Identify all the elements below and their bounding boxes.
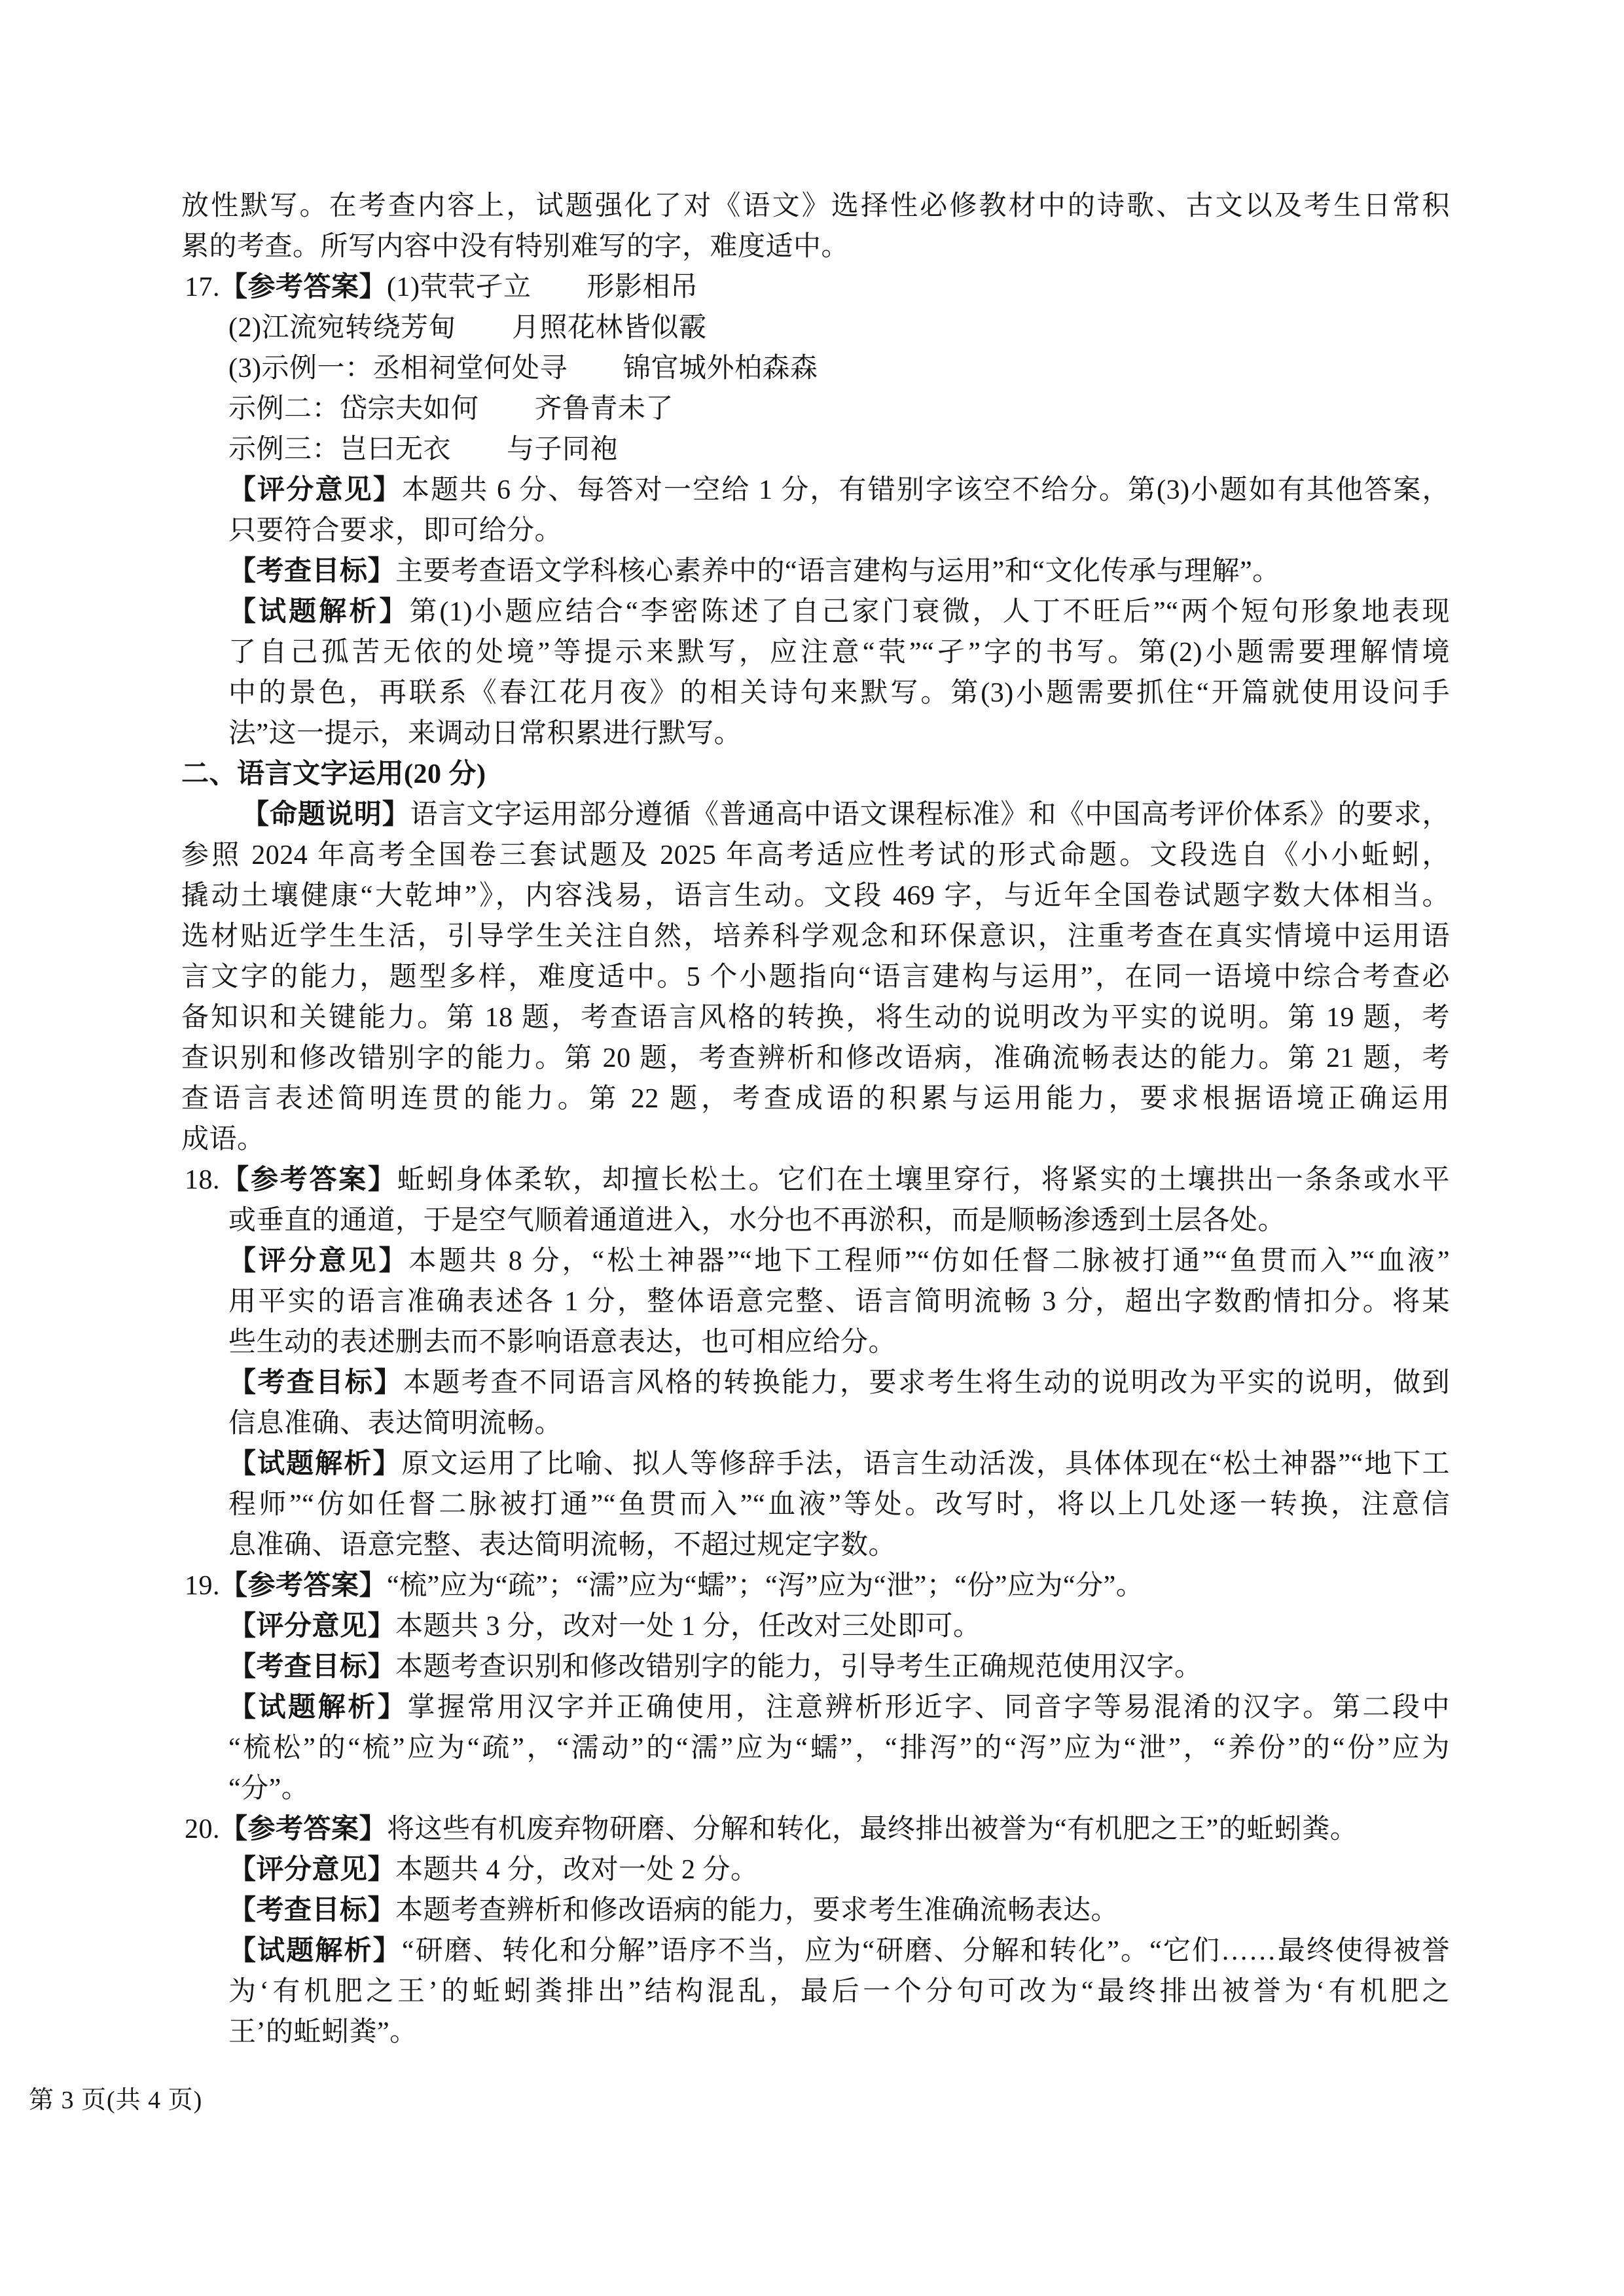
text-line: “梳松”的“梳”应为“疏”，“濡动”的“濡”应为“蠕”，“排泻”的“泻”应为“泄… <box>181 1728 1450 1768</box>
text-line: 19.【参考答案】“梳”应为“疏”；“濡”应为“蠕”；“泻”应为“泄”；“份”应… <box>181 1566 1450 1606</box>
text-line: 言文字的能力，题型多样，难度适中。5 个小题指向“语言建构与运用”，在同一语境中… <box>181 957 1450 997</box>
text-line: 18.【参考答案】蚯蚓身体柔软，却擅长松土。它们在土壤里穿行，将紧实的土壤拱出一… <box>181 1160 1450 1200</box>
text-line: 选材贴近学生生活，引导学生关注自然，培养科学观念和环保意识，注重考查在真实情境中… <box>181 916 1450 957</box>
text-line: (2)江流宛转绕芳甸 月照花林皆似霰 <box>181 308 1450 348</box>
text-line: 20.【参考答案】将这些有机废弃物研磨、分解和转化，最终排出被誉为“有机肥之王”… <box>181 1809 1450 1850</box>
text-line: 【试题解析】第(1)小题应结合“李密陈述了自己家门衰微，人丁不旺后”“两个短句形… <box>181 592 1450 632</box>
text-line: “分”。 <box>181 1768 1450 1809</box>
text-line: 备知识和关键能力。第 18 题，考查语言风格的转换，将生动的说明改为平实的说明。… <box>181 997 1450 1038</box>
text-line: 【考查目标】本题考查不同语言风格的转换能力，要求考生将生动的说明改为平实的说明，… <box>181 1363 1450 1403</box>
text-line: 了自己孤苦无依的处境”等提示来默写，应注意“茕”“孑”字的书写。第(2)小题需要… <box>181 632 1450 673</box>
text-line: 示例二：岱宗夫如何 齐鲁青未了 <box>181 389 1450 429</box>
text-line: 撬动土壤健康“大乾坤”》，内容浅易，语言生动。文段 469 字，与近年全国卷试题… <box>181 876 1450 916</box>
page-footer: 第 3 页(共 4 页) <box>29 2085 202 2115</box>
text-line: 中的景色，再联系《春江花月夜》的相关诗句来默写。第(3)小题需要抓住“开篇就使用… <box>181 673 1450 713</box>
document-body: 放性默写。在考查内容上，试题强化了对《语文》选择性必修教材中的诗歌、古文以及考生… <box>181 186 1450 2053</box>
text-line: 【试题解析】“研磨、转化和分解”语序不当，应为“研磨、分解和转化”。“它们……最… <box>181 1931 1450 1971</box>
text-line: 参照 2024 年高考全国卷三套试题及 2025 年高考适应性考试的形式命题。文… <box>181 835 1450 876</box>
text-line: 【评分意见】本题共 3 分，改对一处 1 分，任改对三处即可。 <box>181 1606 1450 1647</box>
text-line: 【试题解析】掌握常用汉字并正确使用，注意辨析形近字、同音字等易混淆的汉字。第二段… <box>181 1687 1450 1728</box>
text-line: 查语言表述简明连贯的能力。第 22 题，考查成语的积累与运用能力，要求根据语境正… <box>181 1079 1450 1119</box>
text-line: 【命题说明】语言文字运用部分遵循《普通高中语文课程标准》和《中国高考评价体系》的… <box>181 795 1450 835</box>
text-line: 【考查目标】本题考查辨析和修改语病的能力，要求考生准确流畅表达。 <box>181 1890 1450 1931</box>
text-line: 【评分意见】本题共 4 分，改对一处 2 分。 <box>181 1850 1450 1890</box>
text-line: 【考查目标】本题考查识别和修改错别字的能力，引导考生正确规范使用汉字。 <box>181 1647 1450 1687</box>
text-line: 【评分意见】本题共 8 分，“松土神器”“地下工程师”“仿如任督二脉被打通”“鱼… <box>181 1241 1450 1282</box>
text-line: 息准确、语意完整、表达简明流畅，不超过规定字数。 <box>181 1525 1450 1566</box>
text-line: 或垂直的通道，于是空气顺着通道进入，水分也不再淤积，而是顺畅渗透到土层各处。 <box>181 1200 1450 1241</box>
text-line: 王’的蚯蚓粪”。 <box>181 2012 1450 2053</box>
text-line: 些生动的表述删去而不影响语意表达，也可相应给分。 <box>181 1322 1450 1363</box>
text-line: 累的考查。所写内容中没有特别难写的字，难度适中。 <box>181 226 1450 267</box>
text-line: 法”这一提示，来调动日常积累进行默写。 <box>181 713 1450 754</box>
text-line: 放性默写。在考查内容上，试题强化了对《语文》选择性必修教材中的诗歌、古文以及考生… <box>181 186 1450 226</box>
text-line: 17.【参考答案】(1)茕茕孑立 形影相吊 <box>181 267 1450 308</box>
scanned-answer-key-page: { "page": { "footer": { "label": "第 3 页(… <box>0 0 1624 2296</box>
text-line: 【试题解析】原文运用了比喻、拟人等修辞手法，语言生动活泼，具体体现在“松土神器”… <box>181 1444 1450 1484</box>
text-line: (3)示例一：丞相祠堂何处寻 锦官城外柏森森 <box>181 348 1450 389</box>
text-line: 二、语言文字运用(20 分) <box>181 754 1450 795</box>
text-line: 程师”“仿如任督二脉被打通”“鱼贯而入”“血液”等处。改写时，将以上几处逐一转换… <box>181 1484 1450 1525</box>
text-line: 信息准确、表达简明流畅。 <box>181 1403 1450 1444</box>
text-line: 为‘有机肥之王’的蚯蚓粪排出”结构混乱，最后一个分句可改为“最终排出被誉为‘有机… <box>181 1971 1450 2012</box>
text-line: 用平实的语言准确表述各 1 分，整体语意完整、语言简明流畅 3 分，超出字数酌情… <box>181 1282 1450 1322</box>
text-line: 成语。 <box>181 1119 1450 1160</box>
text-line: 只要符合要求，即可给分。 <box>181 511 1450 551</box>
text-line: 示例三：岂曰无衣 与子同袍 <box>181 429 1450 470</box>
text-line: 【评分意见】本题共 6 分、每答对一空给 1 分，有错别字该空不给分。第(3)小… <box>181 470 1450 511</box>
text-line: 【考查目标】主要考查语文学科核心素养中的“语言建构与运用”和“文化传承与理解”。 <box>181 551 1450 592</box>
text-line: 查识别和修改错别字的能力。第 20 题，考查辨析和修改语病，准确流畅表达的能力。… <box>181 1038 1450 1079</box>
